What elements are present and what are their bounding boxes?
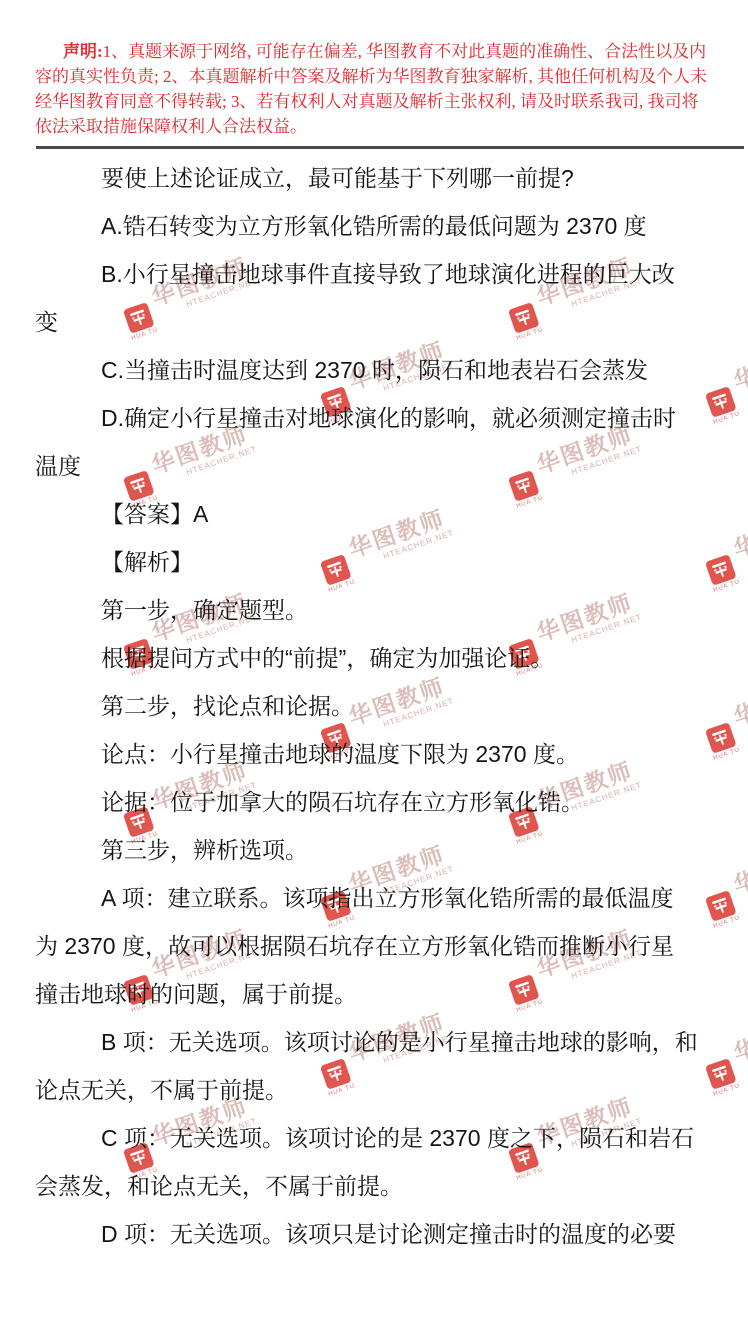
disclaimer-line-text: 经华图教育同意不得转载; 3、若有权利人对真题及解析主张权利, 请及时联系我司,… — [35, 92, 698, 111]
text-line: A.锆石转变为立方形氧化锆所需的最低问题为 2370 度 — [35, 202, 725, 250]
text-line: 论据：位于加拿大的陨石坑存在立方形氧化锆。 — [35, 778, 725, 826]
text-line: A 项：建立联系。该项指出立方形氧化锆所需的最低温度 — [35, 874, 725, 922]
text-line: 变 — [35, 298, 725, 346]
text-line: 第一步，确定题型。 — [35, 586, 725, 634]
section-divider — [36, 146, 744, 149]
text-line: B.小行星撞击地球事件直接导致了地球演化进程的巨大改 — [35, 250, 725, 298]
text-line: B 项：无关选项。该项讨论的是小行星撞击地球的影响，和 — [35, 1018, 725, 1066]
document-page: HUA TU 华图教师 HTEACHER.NET HUA TU 华图教师 — [0, 0, 748, 1335]
disclaimer-line: 声明:1、真题来源于网络, 可能存在偏差, 华图教育不对此真题的准确性、合法性以… — [35, 39, 725, 64]
disclaimer-line: 经华图教育同意不得转载; 3、若有权利人对真题及解析主张权利, 请及时联系我司,… — [35, 89, 725, 114]
disclaimer-line: 依法采取措施保障权利人合法权益。 — [35, 114, 725, 139]
text-line: 会蒸发，和论点无关，不属于前提。 — [35, 1162, 725, 1210]
answer-analysis-text: 要使上述论证成立，最可能基于下列哪一前提?A.锆石转变为立方形氧化锆所需的最低问… — [35, 154, 725, 1258]
text-line: 温度 — [35, 442, 725, 490]
text-line: 第三步，辨析选项。 — [35, 826, 725, 874]
text-line: 论点无关，不属于前提。 — [35, 1066, 725, 1114]
text-line: C 项：无关选项。该项讨论的是 2370 度之下，陨石和岩石 — [35, 1114, 725, 1162]
text-line: D 项：无关选项。该项只是讨论测定撞击时的温度的必要 — [35, 1210, 725, 1258]
disclaimer-label: 声明: — [63, 42, 103, 61]
text-line: C.当撞击时温度达到 2370 时，陨石和地表岩石会蒸发 — [35, 346, 725, 394]
text-line: D.确定小行星撞击对地球演化的影响，就必须测定撞击时 — [35, 394, 725, 442]
text-line: 【解析】 — [35, 538, 725, 586]
text-line: 【答案】A — [35, 490, 725, 538]
text-line: 为 2370 度，故可以根据陨石坑存在立方形氧化锆而推断小行星 — [35, 922, 725, 970]
disclaimer-line-text: 容的真实性负责; 2、本真题解析中答案及解析为华图教育独家解析, 其他任何机构及… — [35, 67, 707, 86]
disclaimer: 声明:1、真题来源于网络, 可能存在偏差, 华图教育不对此真题的准确性、合法性以… — [35, 39, 725, 139]
disclaimer-line: 容的真实性负责; 2、本真题解析中答案及解析为华图教育独家解析, 其他任何机构及… — [35, 64, 725, 89]
text-line: 根据提问方式中的“前提”，确定为加强论证。 — [35, 634, 725, 682]
disclaimer-line-text: 1、真题来源于网络, 可能存在偏差, 华图教育不对此真题的准确性、合法性以及内 — [103, 42, 707, 61]
text-line: 撞击地球时的问题，属于前提。 — [35, 970, 725, 1018]
text-line: 要使上述论证成立，最可能基于下列哪一前提? — [35, 154, 725, 202]
disclaimer-line-text: 依法采取措施保障权利人合法权益。 — [35, 117, 307, 136]
content-layer: 声明:1、真题来源于网络, 可能存在偏差, 华图教育不对此真题的准确性、合法性以… — [0, 0, 748, 1335]
text-line: 第二步，找论点和论据。 — [35, 682, 725, 730]
text-line: 论点：小行星撞击地球的温度下限为 2370 度。 — [35, 730, 725, 778]
